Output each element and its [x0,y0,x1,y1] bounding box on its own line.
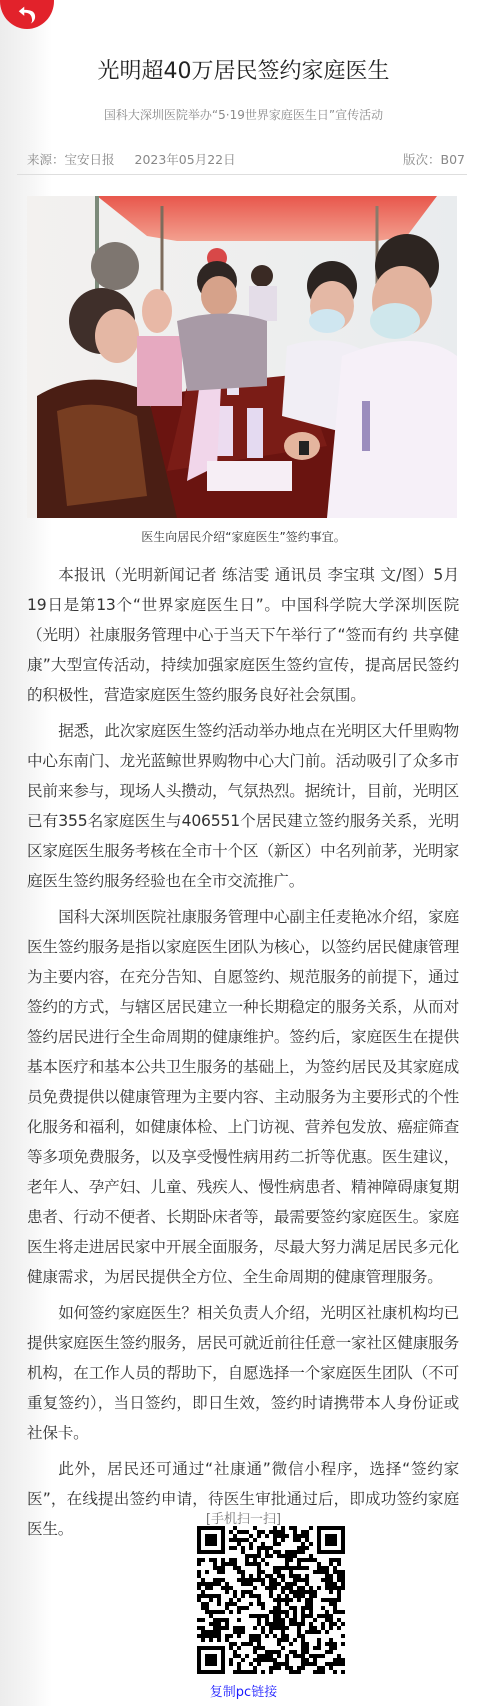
article-paragraph: 本报讯（光明新闻记者 练洁雯 通讯员 李宝琪 文/图）5月19日是第13个“世界… [27,560,459,710]
publish-date: 2023年05月22日 [135,152,236,167]
copy-pc-link[interactable]: 复制pc链接 [0,1681,487,1700]
article-subtitle: 国科大深圳医院举办“5·19世界家庭医生日”宣传活动 [0,106,487,123]
qr-code-icon [197,1526,345,1674]
article-photo [27,196,457,518]
article-body: 本报讯（光明新闻记者 练洁雯 通讯员 李宝琪 文/图）5月19日是第13个“世界… [27,560,459,1550]
article-title: 光明超40万居民签约家庭医生 [0,54,487,85]
meta-divider [17,174,467,175]
article-meta: 来源：宝安日报 2023年05月22日 版次：B07 [27,150,465,168]
edition-label: 版次：B07 [403,150,465,168]
source-label: 来源：宝安日报 [27,152,115,167]
article-paragraph: 国科大深圳医院社康服务管理中心副主任麦艳冰介绍，家庭医生签约服务是指以家庭医生团… [27,902,459,1292]
qr-label: [手机扫一扫] [0,1508,487,1527]
article-paragraph: 如何签约家庭医生？相关负责人介绍，光明区社康机构均已提供家庭医生签约服务，居民可… [27,1298,459,1448]
article-paragraph: 据悉，此次家庭医生签约活动举办地点在光明区大仟里购物中心东南门、龙光蓝鲸世界购物… [27,716,459,896]
back-arrow-icon [16,3,38,25]
photo-caption: 医生向居民介绍“家庭医生”签约事宜。 [0,528,487,545]
